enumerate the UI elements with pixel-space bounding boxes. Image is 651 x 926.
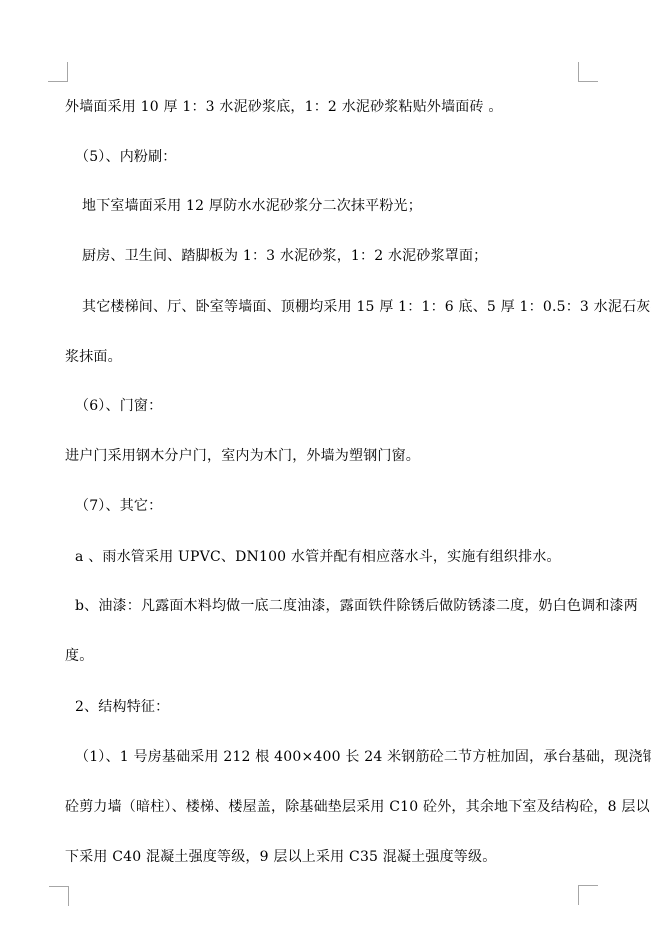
document-line: 砼剪力墙（暗柱）、楼梯、楼屋盖，除基础垫层采用 C10 砼外，其余地下室及结构砼… — [65, 799, 650, 816]
crop-mark-top-left — [48, 62, 68, 82]
document-line: 外墙面采用 10 厚 1：3 水泥砂浆底，1：2 水泥砂浆粘贴外墙面砖 。 — [65, 99, 503, 116]
document-page: 外墙面采用 10 厚 1：3 水泥砂浆底，1：2 水泥砂浆粘贴外墙面砖 。 （5… — [0, 0, 651, 926]
crop-mark-bottom-left — [49, 886, 69, 906]
document-line: 地下室墙面采用 12 厚防水水泥砂浆分二次抹平粉光； — [82, 198, 422, 215]
document-line: （1）、1 号房基础采用 212 根 400×400 长 24 米钢筋砼二节方桩… — [75, 749, 651, 766]
document-line: 2、结构特征： — [75, 699, 169, 716]
document-line: 厨房、卫生间、踏脚板为 1：3 水泥砂浆，1：2 水泥砂浆罩面； — [82, 248, 487, 265]
document-line: （5）、内粉刷： — [75, 149, 177, 166]
document-line: （6）、门窗： — [75, 398, 162, 415]
crop-mark-bottom-right — [578, 885, 598, 905]
document-line: 浆抹面。 — [65, 349, 122, 366]
document-line: （7）、其它： — [75, 498, 162, 515]
document-line: a 、雨水管采用 UPVC、DN100 水管并配有相应落水斗，实施有组织排水。 — [75, 549, 561, 566]
document-line: 其它楼梯间、厅、卧室等墙面、顶棚均采用 15 厚 1：1：6 底、5 厚 1：0… — [82, 299, 651, 316]
document-line: 进户门采用钢木分户门，室内为木门，外墙为塑钢门窗。 — [65, 448, 420, 465]
crop-mark-top-right — [578, 62, 598, 82]
document-line: b、油漆：凡露面木料均做一底二度油漆，露面铁件除锈后做防锈漆二度，奶白色调和漆两 — [75, 598, 638, 615]
document-line: 下采用 C40 混凝土强度等级，9 层以上采用 C35 混凝土强度等级。 — [65, 849, 496, 866]
document-line: 度。 — [65, 648, 93, 665]
